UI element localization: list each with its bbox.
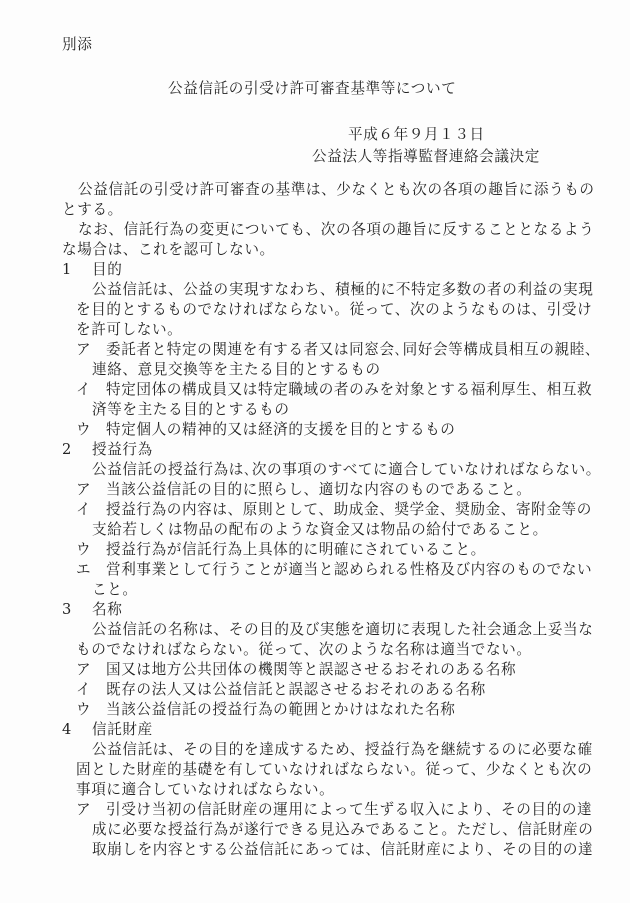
numbered-line: ア当該公益信託の目的に照らし、適切な内容のものであること。 xyxy=(76,481,531,499)
item-number: ウ xyxy=(76,421,106,439)
line-text: 信託財産 xyxy=(92,721,153,738)
text-line: ものでなければならない。従って、次のような名称は適当でない。 xyxy=(76,641,532,659)
text-line: 取崩しを内容とする公益信託にあっては、信託財産により、その目的の達 xyxy=(92,841,593,859)
line-text: 授益行為の内容は、原則として、助成金、奨学金、奨励金、寄附金等の xyxy=(106,501,592,518)
line-text: 委託者と特定の関連を有する者又は同窓会､同好会等構成員相互の親睦、 xyxy=(106,341,600,358)
document-issuer: 公益法人等指導監督連絡会議決定 xyxy=(312,148,540,166)
line-text: 名称 xyxy=(92,601,122,618)
text-line: 公益信託は、その目的を達成するため、授益行為を継続するのに必要な確 xyxy=(92,741,593,759)
numbered-line: ウ当該公益信託の授益行為の範囲とかけはなれた名称 xyxy=(76,701,455,719)
attachment-label: 別添 xyxy=(62,36,92,54)
numbered-line: ア引受け当初の信託財産の運用によって生ずる収入により、その目的の達 xyxy=(76,801,592,819)
text-line: 成に必要な授益行為が遂行できる見込みであること。ただし、信託財産の xyxy=(92,821,593,839)
item-number: ア xyxy=(76,341,106,359)
line-text: 当該公益信託の授益行為の範囲とかけはなれた名称 xyxy=(106,701,455,718)
numbered-line: 2授益行為 xyxy=(62,441,153,459)
line-text: 公益信託は、公益の実現すなわち、積極的に不特定多数の者の利益の実現 xyxy=(92,281,593,298)
line-text: 目的 xyxy=(92,261,122,278)
numbered-line: 4信託財産 xyxy=(62,721,153,739)
item-number: 2 xyxy=(62,441,92,459)
line-text: 当該公益信託の目的に照らし、適切な内容のものであること。 xyxy=(106,481,531,498)
text-line: こと。 xyxy=(92,581,138,599)
item-number: エ xyxy=(76,561,106,579)
line-text: ものでなければならない。従って、次のような名称は適当でない。 xyxy=(76,641,532,658)
text-line: なお、信託行為の変更についても、次の各項の趣旨に反することとなるよう xyxy=(78,221,594,239)
item-number: 1 xyxy=(62,261,92,279)
item-number: ア xyxy=(76,801,106,819)
line-text: 成に必要な授益行為が遂行できる見込みであること。ただし、信託財産の xyxy=(92,821,593,838)
document-title: 公益信託の引受け許可審査基準等について xyxy=(168,80,456,98)
document-date: 平成６年９月１３日 xyxy=(348,126,485,144)
line-text: 公益信託の授益行為は､次の事項のすべてに適合していなければならない。 xyxy=(92,461,601,478)
line-text: 授益行為が信託行為上具体的に明確にされていること。 xyxy=(106,541,486,558)
item-number: ア xyxy=(76,481,106,499)
numbered-line: イ既存の法人又は公益信託と誤認させるおそれのある名称 xyxy=(76,681,486,699)
line-text: 済等を主たる目的とするもの xyxy=(92,401,290,418)
text-line: 公益信託の名称は、その目的及び実態を適切に表現した社会通念上妥当な xyxy=(92,621,593,639)
line-text: とする。 xyxy=(62,201,123,218)
item-number: ウ xyxy=(76,701,106,719)
line-text: 支給若しくは物品の配布のような資金又は物品の給付であること。 xyxy=(92,521,548,538)
item-number: ア xyxy=(76,661,106,679)
line-text: こと。 xyxy=(92,581,138,598)
item-number: 4 xyxy=(62,721,92,739)
item-number: イ xyxy=(76,381,106,399)
text-line: 支給若しくは物品の配布のような資金又は物品の給付であること。 xyxy=(92,521,548,539)
text-line: 事項に適合していなければならない。 xyxy=(76,781,334,799)
item-number: ウ xyxy=(76,541,106,559)
text-line: 公益信託の授益行為は､次の事項のすべてに適合していなければならない。 xyxy=(92,461,601,479)
text-line: 固とした財産的基礎を有していなければならない。従って、少なくとも次の xyxy=(76,761,592,779)
line-text: 公益信託は、その目的を達成するため、授益行為を継続するのに必要な確 xyxy=(92,741,593,758)
numbered-line: ウ授益行為が信託行為上具体的に明確にされていること。 xyxy=(76,541,486,559)
line-text: 特定個人の精神的又は経済的支援を目的とするもの xyxy=(106,421,455,438)
line-text: なお、信託行為の変更についても、次の各項の趣旨に反することとなるよう xyxy=(78,221,594,238)
text-line: を目的とするものでなければならない。従って、次のようなものは、引受け xyxy=(76,301,592,319)
line-text: 授益行為 xyxy=(92,441,153,458)
document-page: 別添 公益信託の引受け許可審査基準等について 平成６年９月１３日 公益法人等指導… xyxy=(0,0,630,903)
item-number: イ xyxy=(76,681,106,699)
numbered-line: ウ特定個人の精神的又は経済的支援を目的とするもの xyxy=(76,421,455,439)
item-number: 3 xyxy=(62,601,92,619)
line-text: 特定団体の構成員又は特定職域の者のみを対象とする福利厚生、相互救 xyxy=(106,381,592,398)
text-line: 済等を主たる目的とするもの xyxy=(92,401,290,419)
line-text: 取崩しを内容とする公益信託にあっては、信託財産により、その目的の達 xyxy=(92,841,593,858)
numbered-line: 3名称 xyxy=(62,601,122,619)
text-line: な場合は、これを認可しない。 xyxy=(62,241,275,259)
line-text: 営利事業として行うことが適当と認められる性格及び内容のものでない xyxy=(106,561,592,578)
line-text: 引受け当初の信託財産の運用によって生ずる収入により、その目的の達 xyxy=(106,801,592,818)
numbered-line: ア委託者と特定の関連を有する者又は同窓会､同好会等構成員相互の親睦、 xyxy=(76,341,600,359)
line-text: を許可しない。 xyxy=(76,321,182,338)
line-text: 既存の法人又は公益信託と誤認させるおそれのある名称 xyxy=(106,681,486,698)
line-text: を目的とするものでなければならない。従って、次のようなものは、引受け xyxy=(76,301,592,318)
numbered-line: イ特定団体の構成員又は特定職域の者のみを対象とする福利厚生、相互救 xyxy=(76,381,592,399)
numbered-line: ア国又は地方公共団体の機関等と誤認させるおそれのある名称 xyxy=(76,661,516,679)
line-text: 固とした財産的基礎を有していなければならない。従って、少なくとも次の xyxy=(76,761,592,778)
line-text: な場合は、これを認可しない。 xyxy=(62,241,275,258)
numbered-line: 1目的 xyxy=(62,261,122,279)
numbered-line: エ営利事業として行うことが適当と認められる性格及び内容のものでない xyxy=(76,561,592,579)
line-text: 公益信託の名称は、その目的及び実態を適切に表現した社会通念上妥当な xyxy=(92,621,593,638)
text-line: とする。 xyxy=(62,201,123,219)
text-line: 連絡、意見交換等を主たる目的とするもの xyxy=(92,361,381,379)
numbered-line: イ授益行為の内容は、原則として、助成金、奨学金、奨励金、寄附金等の xyxy=(76,501,592,519)
line-text: 公益信託の引受け許可審査の基準は、少なくとも次の各項の趣旨に添うもの xyxy=(78,181,595,198)
line-text: 国又は地方公共団体の機関等と誤認させるおそれのある名称 xyxy=(106,661,516,678)
text-line: 公益信託の引受け許可審査の基準は、少なくとも次の各項の趣旨に添うもの xyxy=(78,181,595,199)
line-text: 連絡、意見交換等を主たる目的とするもの xyxy=(92,361,381,378)
line-text: 事項に適合していなければならない。 xyxy=(76,781,334,798)
text-line: を許可しない。 xyxy=(76,321,182,339)
text-line: 公益信託は、公益の実現すなわち、積極的に不特定多数の者の利益の実現 xyxy=(92,281,593,299)
item-number: イ xyxy=(76,501,106,519)
